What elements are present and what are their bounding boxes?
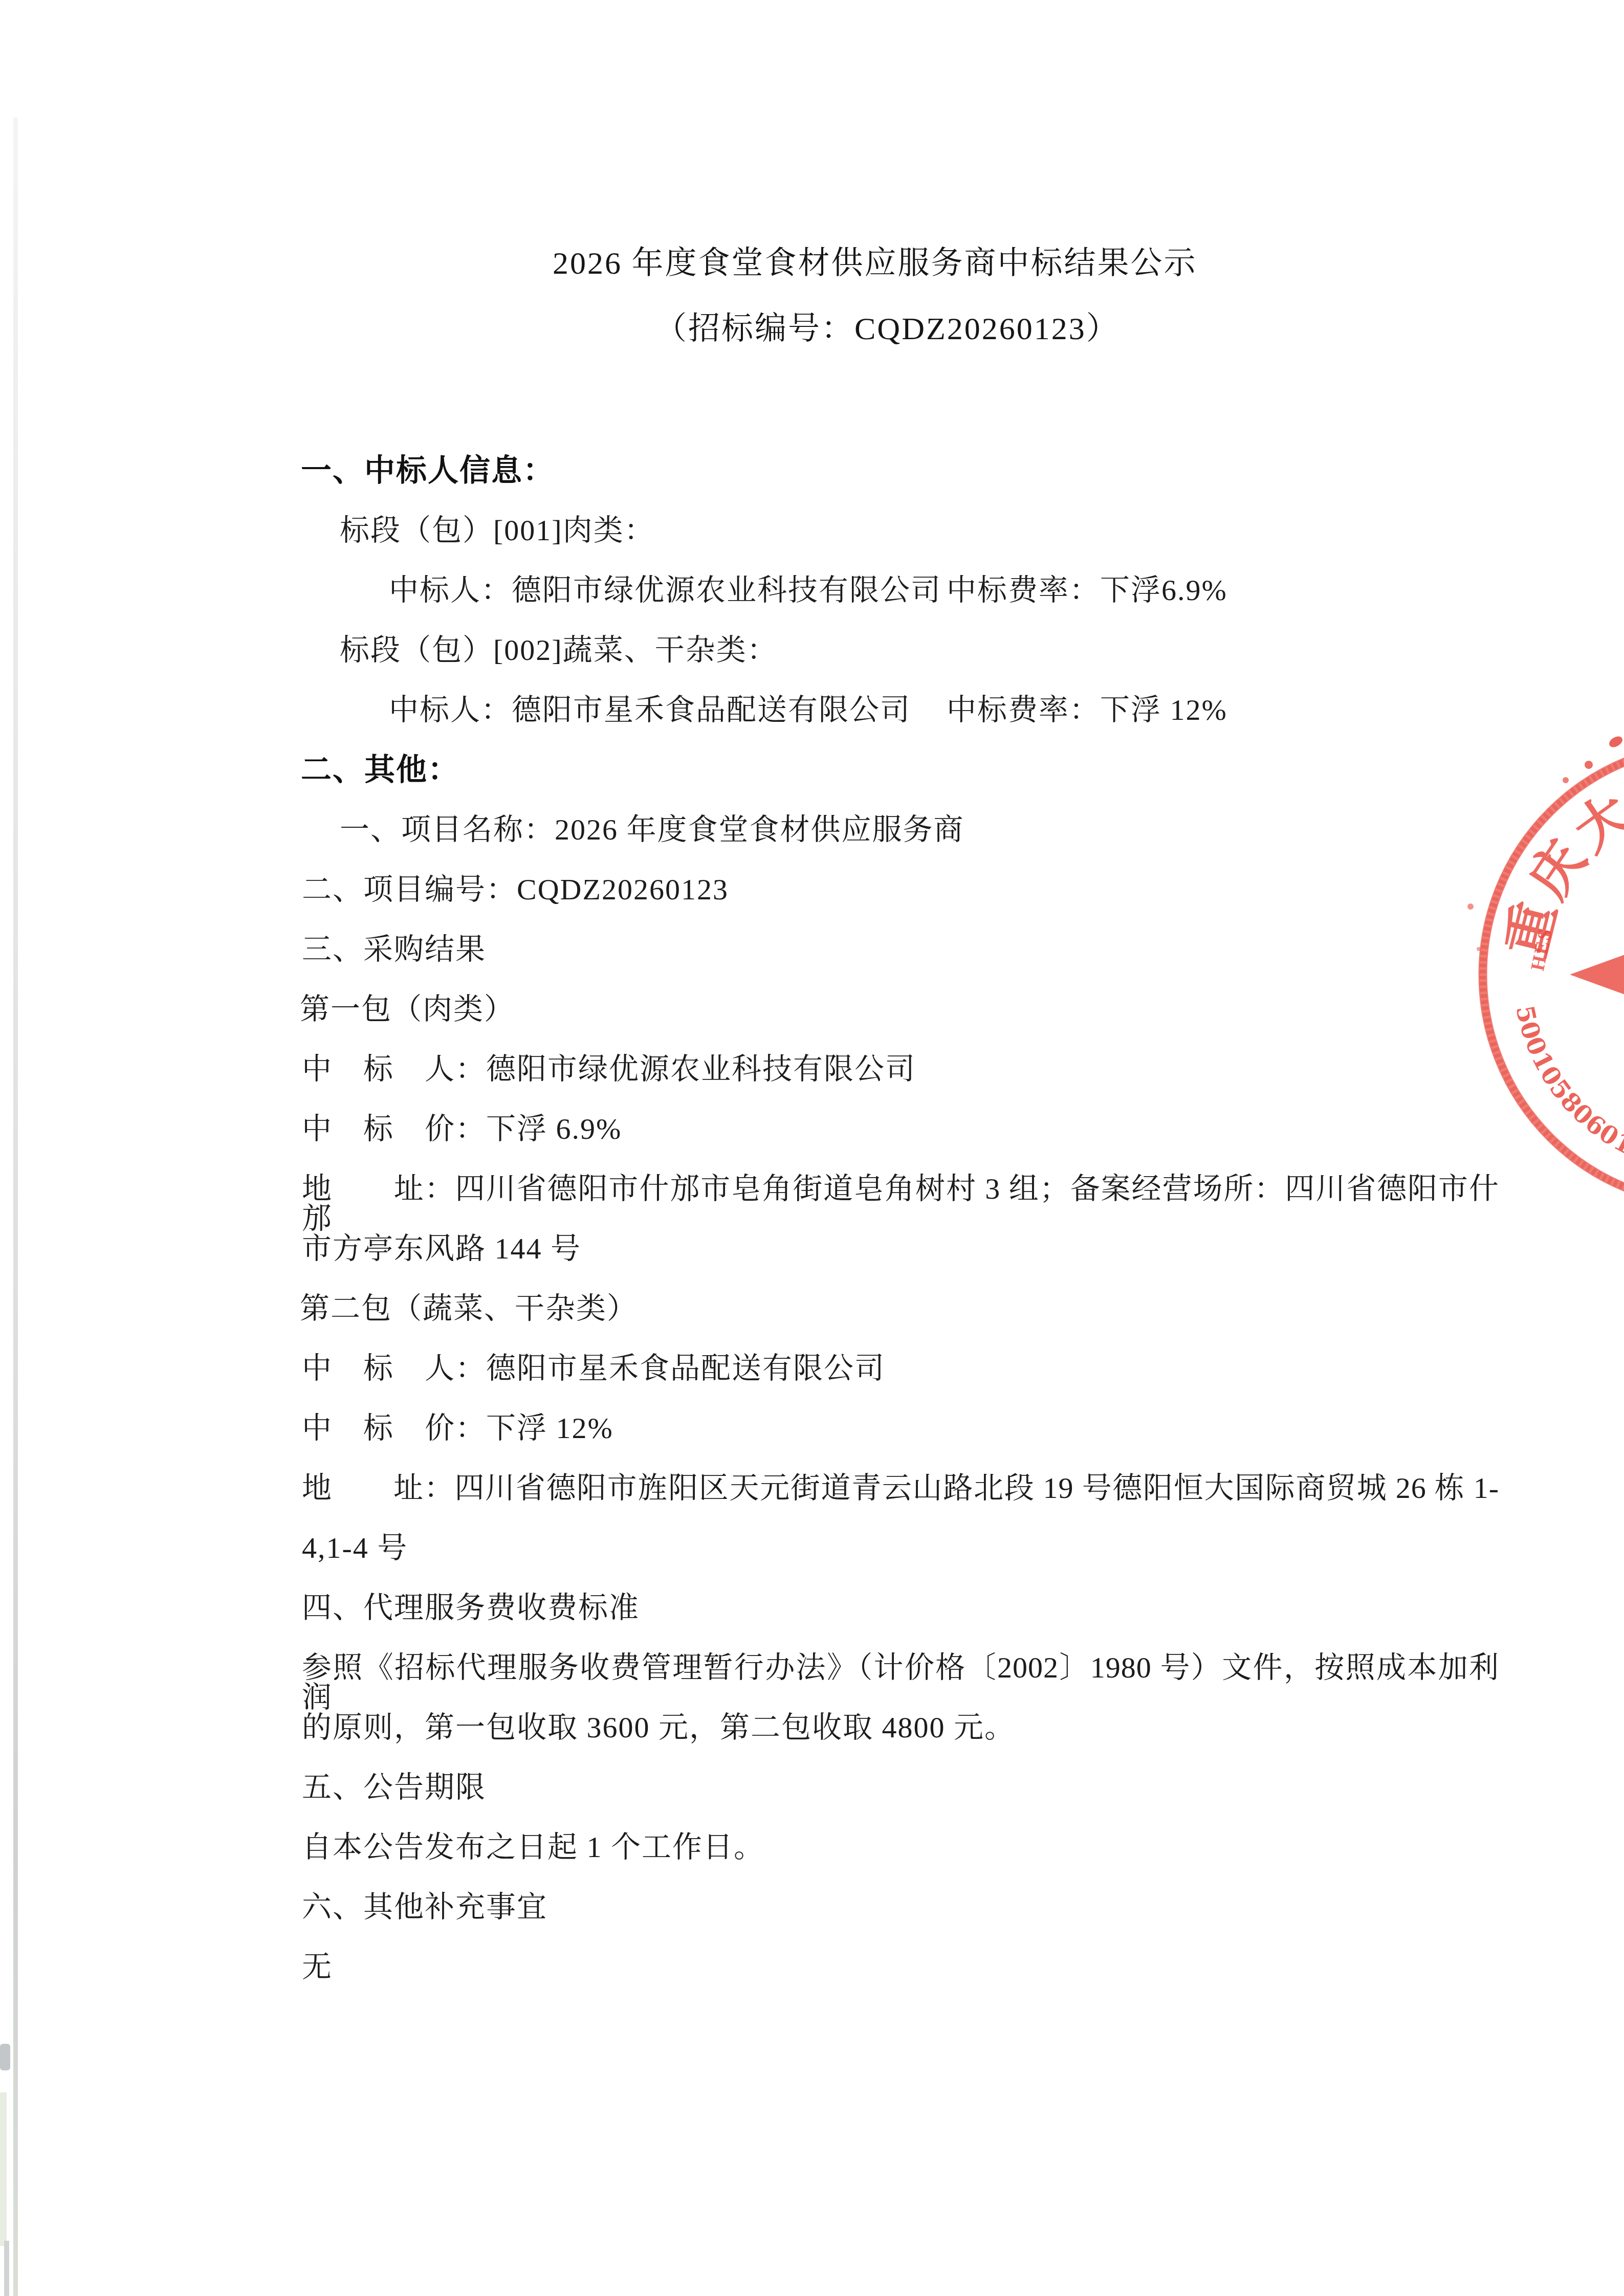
paper-edge-mark bbox=[0, 2092, 7, 2246]
procurement-result-heading: 三、采购结果 bbox=[302, 935, 486, 964]
ink-speck bbox=[1607, 734, 1624, 749]
lot2-result-row: 中标人：德阳市星禾食品配送有限公司 中标费率：下浮 12% bbox=[0, 695, 1624, 814]
lot1-label: 标段（包）[001]肉类： bbox=[340, 516, 655, 545]
package2-price: 中 标 价：下浮 12% bbox=[302, 1414, 613, 1443]
official-seal-stamp: 重 庆 大 HES 5001058060195 bbox=[1463, 706, 1624, 1279]
lot2-winner: 中标人：德阳市星禾食品配送有限公司 bbox=[389, 695, 911, 725]
section2-heading: 二、其他： bbox=[301, 755, 459, 785]
notice-period-text: 自本公告发布之日起 1 个工作日。 bbox=[302, 1833, 764, 1862]
lot2-label: 标段（包）[002]蔬菜、干杂类： bbox=[340, 635, 778, 665]
ink-speck bbox=[1585, 761, 1593, 769]
other-matters-content: 无 bbox=[302, 1952, 333, 1982]
ink-speck bbox=[1477, 947, 1481, 951]
package1-address-line2: 市方亭东风路 144 号 bbox=[302, 1234, 581, 1264]
package1-price: 中 标 价：下浮 6.9% bbox=[302, 1114, 622, 1144]
package2-address-line1: 地 址：四川省德阳市旌阳区天元街道青云山路北段 19 号德阳恒大国际商贸城 26… bbox=[302, 1473, 1499, 1503]
ink-speck bbox=[1563, 777, 1569, 783]
notice-period-heading: 五、公告期限 bbox=[302, 1773, 486, 1802]
section1-heading: 一、中标人信息： bbox=[301, 455, 555, 486]
lot1-result-row: 中标人：德阳市绿优源农业科技有限公司 中标费率：下浮6.9% bbox=[0, 576, 1624, 694]
agency-fee-heading: 四、代理服务费收费标准 bbox=[302, 1593, 640, 1623]
paper-edge-mark bbox=[0, 2044, 10, 2070]
package1-title: 第一包（肉类） bbox=[300, 995, 515, 1024]
agency-fee-line2: 的原则，第一包收取 3600 元，第二包收取 4800 元。 bbox=[302, 1713, 1015, 1742]
package2-winner: 中 标 人：德阳市星禾食品配送有限公司 bbox=[302, 1354, 885, 1383]
project-number: 二、项目编号：CQDZ20260123 bbox=[302, 875, 729, 904]
package1-winner: 中 标 人：德阳市绿优源农业科技有限公司 bbox=[302, 1054, 916, 1084]
other-matters-heading: 六、其他补充事宜 bbox=[302, 1892, 547, 1922]
lot1-rate: 中标费率：下浮6.9% bbox=[947, 576, 1227, 605]
ink-speck bbox=[1467, 903, 1474, 910]
package2-address-line2: 4,1-4 号 bbox=[302, 1533, 408, 1563]
lot1-winner: 中标人：德阳市绿优源农业科技有限公司 bbox=[389, 576, 941, 605]
document-title: 2026 年度食堂食材供应服务商中标结果公示 bbox=[553, 248, 1197, 279]
lot2-rate: 中标费率：下浮 12% bbox=[947, 695, 1227, 725]
package1-address-line1: 地 址：四川省德阳市什邡市皂角街道皂角树村 3 组；备案经营场所：四川省德阳市什… bbox=[302, 1174, 1499, 1233]
document-subtitle: （招标编号：CQDZ20260123） bbox=[655, 313, 1120, 345]
project-name: 一、项目名称：2026 年度食堂食材供应服务商 bbox=[340, 815, 964, 845]
package2-title: 第二包（蔬菜、干杂类） bbox=[300, 1294, 638, 1323]
agency-fee-line1: 参照《招标代理服务收费管理暂行办法》（计价格〔2002〕1980 号）文件，按照… bbox=[302, 1653, 1499, 1712]
document-page: 2026 年度食堂食材供应服务商中标结果公示 （招标编号：CQDZ2026012… bbox=[0, 0, 1624, 2296]
paper-edge-mark bbox=[4, 2241, 9, 2296]
paper-edge-shadow bbox=[13, 118, 18, 2296]
